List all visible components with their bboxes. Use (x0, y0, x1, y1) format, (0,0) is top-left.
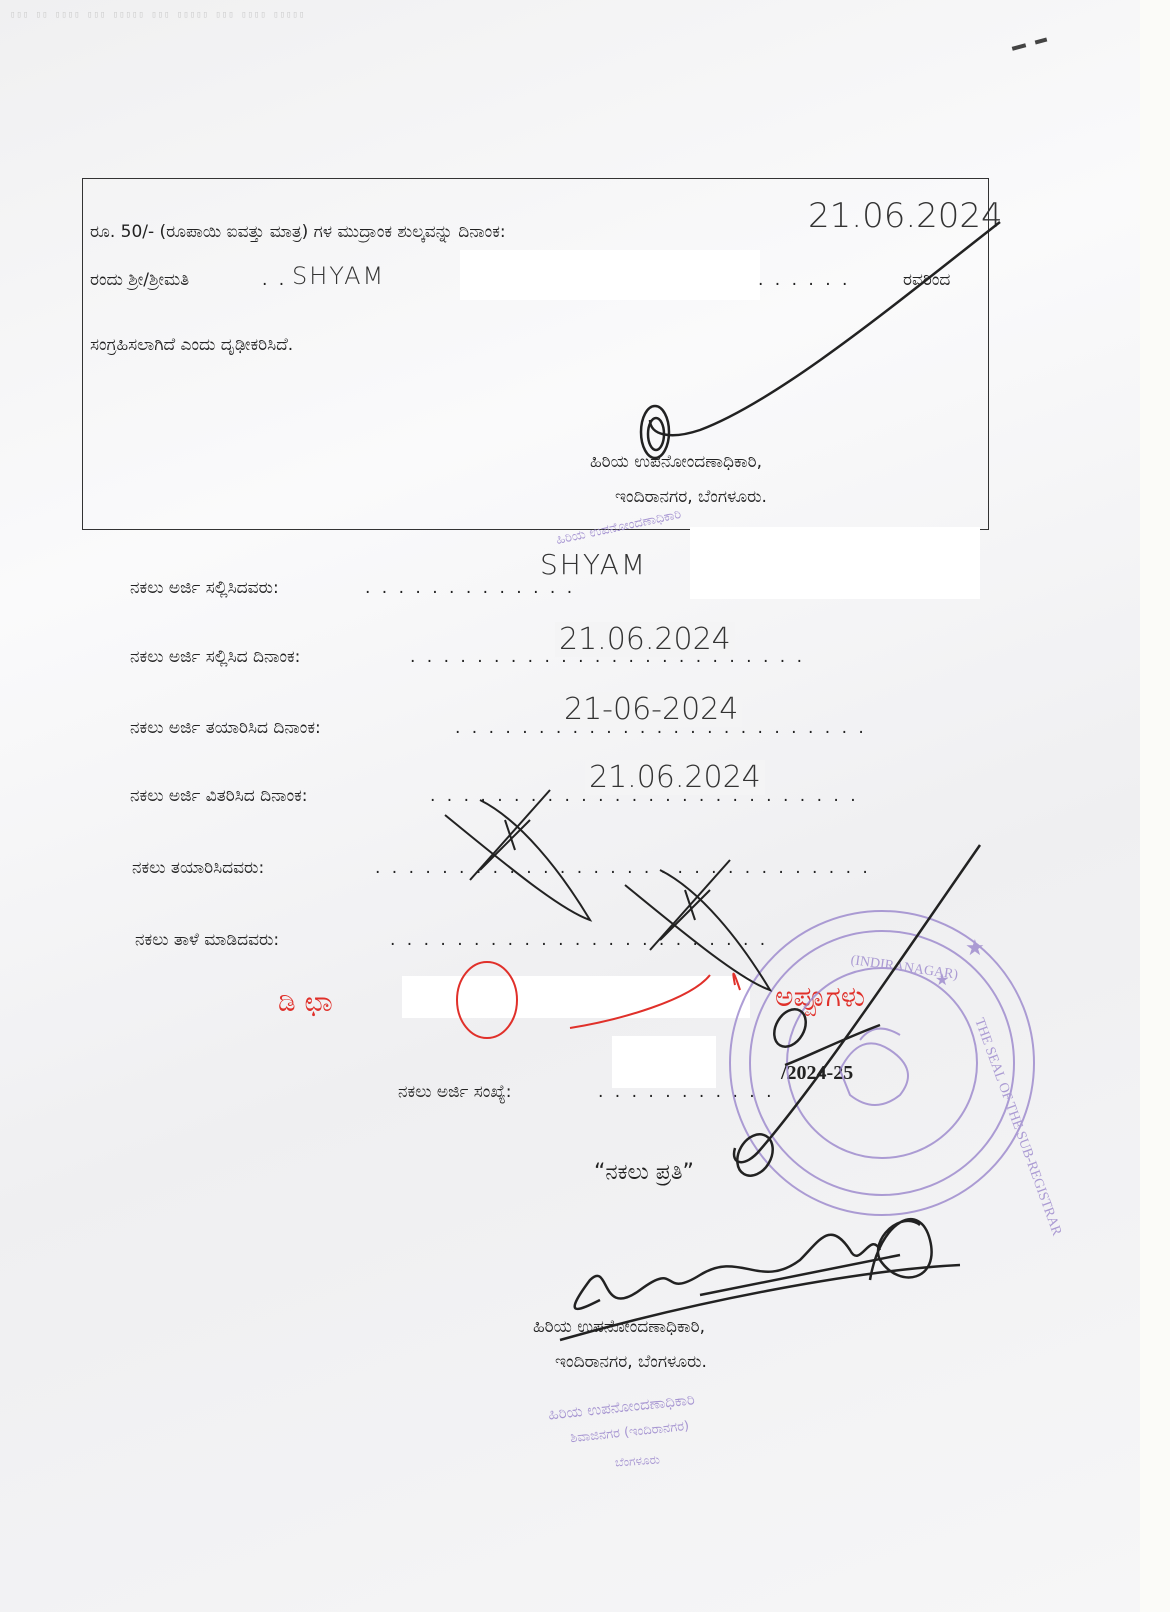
certificate-line-1: ರೂ. 50/- (ರೂಪಾಯಿ ಐವತ್ತು ಮಾತ್ರ) ಗಳ ಮುದ್ರಾ… (90, 222, 506, 242)
rubber-stamp-line-3: ಬೆಂಗಳೂರು (615, 1452, 661, 1470)
certificate-signatory-title: ಹಿರಿಯ ಉಪನೋಂದಣಾಧಿಕಾರಿ, (590, 452, 762, 472)
certificate-line-2-suffix: ರವರಿಂದ (903, 270, 950, 290)
redacted-application-number (612, 1036, 716, 1088)
prepared-date-handwritten: 21-06-2024 (560, 692, 742, 727)
certificate-line-2-prefix: ರಂದು ಶ್ರೀ/ಶ್ರೀಮತಿ (90, 270, 189, 290)
certified-copy-mark: “ನಕಲು ಪ್ರತಿ” (594, 1160, 694, 1185)
field-label-prepared-by: ನಕಲು ತಯಾರಿಸಿದವರು: (132, 858, 264, 878)
certificate-line-3: ಸಂಗ್ರಹಿಸಲಾಗಿದೆ ಎಂದು ದೃಢೀಕರಿಸಿದೆ. (90, 335, 293, 355)
dotted-leader: . . . . . . . . . . . . . . . . . . . . … (390, 930, 768, 950)
red-annotation-left: ಡಿ ಛಾ (278, 985, 333, 1019)
dotted-leader: . . . . . . . . . . . . . (365, 578, 575, 598)
page-edge (1140, 0, 1170, 1612)
redacted-text (402, 976, 750, 1018)
application-number-year: /2024-25 (781, 1062, 853, 1085)
dotted-leader: . . . . . . . . . . . . . . . . . . . . … (375, 858, 871, 878)
bleed-through-text: ▯▯▯ ▯▯ ▯▯▯▯ ▯▯▯ ▯▯▯▯▯ ▯▯▯ ▯▯▯▯▯ ▯▯▯ ▯▯▯▯… (10, 10, 305, 20)
field-label-prepared-date: ನಕಲು ಅರ್ಜಿ ತಯಾರಿಸಿದ ದಿನಾಂಕ: (130, 718, 321, 738)
field-label-submitted-by: ನಕಲು ಅರ್ಜಿ ಸಲ್ಲಿಸಿದವರು: (130, 578, 279, 598)
submitted-date-handwritten: 21.06.2024 (555, 622, 735, 657)
red-annotation-right: ಅಪ್ಪೂಗಳು (775, 980, 865, 1014)
footer-signatory-title: ಹಿರಿಯ ಉಪನೋಂದಣಾಧಿಕಾರಿ, (533, 1317, 705, 1337)
dotted-leader: . . (262, 270, 287, 290)
field-label-issued-date: ನಕಲು ಅರ್ಜಿ ವಿತರಿಸಿದ ದಿನಾಂಕ: (130, 786, 307, 806)
footer-signatory-place: ಇಂದಿರಾನಗರ, ಬೆಂಗಳೂರು. (555, 1352, 707, 1372)
field-label-verified-by: ನಕಲು ತಾಳೆ ಮಾಡಿದವರು: (135, 930, 279, 950)
dotted-leader: . . . . . . (758, 270, 850, 290)
redacted-surname (690, 527, 980, 599)
issued-date-handwritten: 21.06.2024 (585, 760, 765, 795)
redacted-surname (460, 250, 760, 300)
certificate-signatory-place: ಇಂದಿರಾನಗರ, ಬೆಂಗಳೂರು. (615, 487, 767, 507)
field-label-submitted-date: ನಕಲು ಅರ್ಜಿ ಸಲ್ಲಿಸಿದ ದಿನಾಂಕ: (130, 647, 300, 667)
submitted-by-handwritten: SHYAM (540, 548, 647, 581)
certificate-date-handwritten: 21.06.2024 (808, 196, 1003, 236)
applicant-name-handwritten: SHYAM (292, 262, 385, 290)
application-number-label: ನಕಲು ಅರ್ಜಿ ಸಂಖ್ಯೆ: (398, 1082, 511, 1102)
